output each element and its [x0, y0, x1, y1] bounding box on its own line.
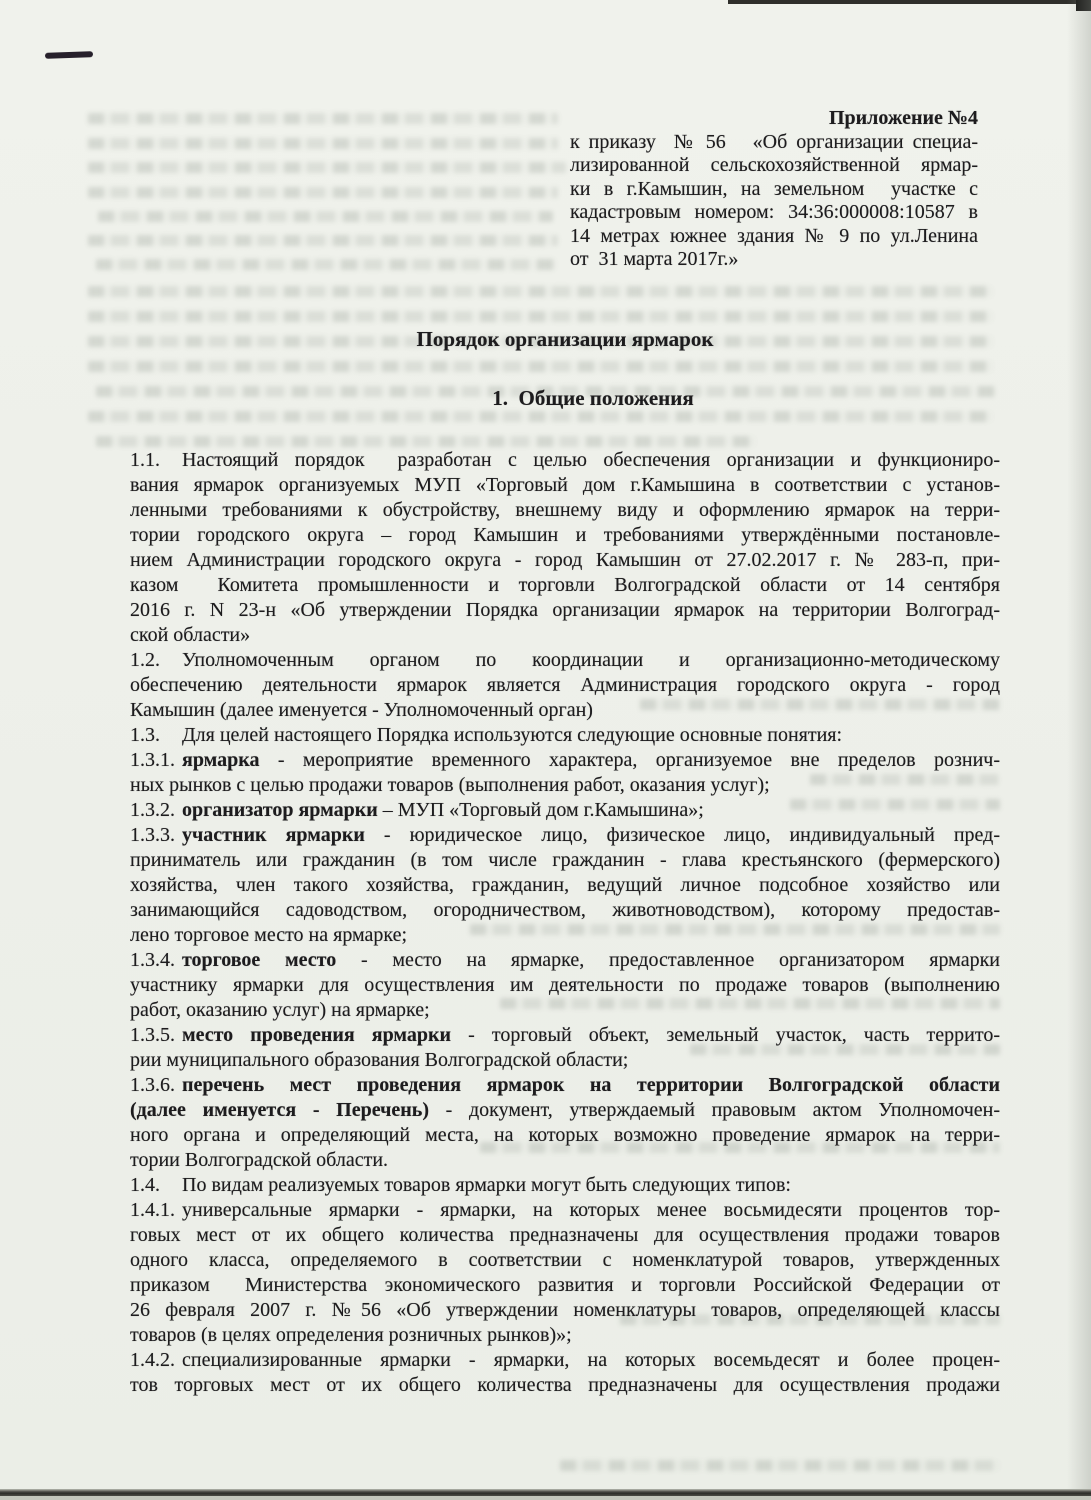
- paragraph-line: казом Комитета промышленности и торговли…: [130, 573, 1000, 598]
- paragraph-line: 1.3.6.перечень мест проведения ярмарок н…: [130, 1073, 1000, 1098]
- paragraph-line: 1.4.2.специализированные ярмарки - ярмар…: [130, 1348, 1000, 1373]
- scan-edge-top: [728, 0, 1091, 4]
- paragraph-line: занимающийся садоводством, огородничеств…: [130, 898, 1000, 923]
- paragraph-line: приниматель или гражданин (в том числе г…: [130, 848, 1000, 873]
- section-heading: 1. Общие положения: [130, 386, 1000, 411]
- paragraph-line: ской области»: [130, 623, 1000, 648]
- paragraph-line: 1.4.1.универсальные ярмарки - ярмарки, н…: [130, 1198, 1000, 1223]
- paragraph-line: хозяйства, член такого хозяйства, гражда…: [130, 873, 1000, 898]
- bleedthrough-artifact: [88, 162, 566, 173]
- bleedthrough-artifact: [88, 235, 558, 246]
- appendix-label: Приложение №4: [570, 107, 978, 131]
- bleedthrough-artifact: [88, 311, 993, 322]
- bleedthrough-artifact: [560, 1460, 1000, 1471]
- bleedthrough-artifact: [88, 411, 993, 422]
- paragraph-line: тории Волгоградской области.: [130, 1148, 1000, 1173]
- paragraph-number: 1.3.2.: [130, 798, 182, 823]
- paragraph-number: 1.4.: [130, 1173, 182, 1198]
- paragraph-line: 1.3.1.ярмарка - мероприятие временного х…: [130, 748, 1000, 773]
- bleedthrough-artifact: [88, 138, 558, 149]
- paragraph-number: 1.4.2.: [130, 1348, 182, 1373]
- section-heading-text: 1. Общие положения: [492, 386, 693, 410]
- paragraph-line: 1.3.4.торговое место - место на ярмарке,…: [130, 948, 1000, 973]
- paragraph-number: 1.4.1.: [130, 1198, 182, 1223]
- paragraph-line: 1.3.5.место проведения ярмарки - торговы…: [130, 1023, 1000, 1048]
- paragraph-line: участнику ярмарки для осуществления им д…: [130, 973, 1000, 998]
- paragraph-line: лено торговое место на ярмарке;: [130, 923, 1000, 948]
- paragraph-number: 1.3.6.: [130, 1073, 182, 1098]
- bleedthrough-artifact: [88, 113, 558, 124]
- paragraph-line: говых мест от их общего количества предн…: [130, 1223, 1000, 1248]
- paragraph-line: ных рынков с целью продажи товаров (выпо…: [130, 773, 1000, 798]
- paragraph-line: (далее именуется - Перечень) - документ,…: [130, 1098, 1000, 1123]
- paragraph-line: одного класса, определяемого в соответст…: [130, 1248, 1000, 1273]
- page-shadow-right: [1067, 0, 1091, 1500]
- document-title: Порядок организации ярмарок: [130, 327, 1000, 352]
- bleedthrough-artifact: [88, 361, 993, 372]
- appendix-line: 14 метрах южнее здания № 9 по ул.Ленина: [570, 225, 978, 249]
- paragraph-number: 1.3.: [130, 723, 182, 748]
- paragraph-line: 1.3.Для целей настоящего Порядка использ…: [130, 723, 1000, 748]
- paragraph-number: 1.3.4.: [130, 948, 182, 973]
- appendix-line: от 31 марта 2017г.»: [570, 248, 978, 272]
- paragraph-line: товаров (в целях определения розничных р…: [130, 1323, 1000, 1348]
- paragraph-number: 1.1.: [130, 448, 182, 473]
- appendix-note: Приложение №4 к приказу № 56 «Об организ…: [570, 107, 978, 272]
- paragraph-line: вания ярмарок организуемых МУП «Торговый…: [130, 473, 1000, 498]
- paragraph-line: рии муниципального образования Волгоград…: [130, 1048, 1000, 1073]
- paragraph-number: 1.3.1.: [130, 748, 182, 773]
- paragraph-line: 26 февраля 2007 г. №56 «Об утверждении н…: [130, 1298, 1000, 1323]
- paragraph-line: работ, оказанию услуг) на ярмарке;: [130, 998, 1000, 1023]
- paragraph-line: 2016 г. N 23-н «Об утверждении Порядка о…: [130, 598, 1000, 623]
- paragraph-line: 1.1.Настоящий порядок разработан с целью…: [130, 448, 1000, 473]
- paragraph-line: тов торговых мест от их общего количеств…: [130, 1373, 1000, 1398]
- appendix-lines: к приказу № 56 «Об организации специа-ли…: [570, 131, 978, 272]
- bleedthrough-artifact: [88, 286, 993, 297]
- appendix-line: кадастровым номером: 34:36:000008:10587 …: [570, 201, 978, 225]
- bleedthrough-artifact: [96, 259, 556, 270]
- paragraph-line: 1.3.3.участник ярмарки - юридическое лиц…: [130, 823, 1000, 848]
- appendix-line: лизированной сельскохозяйственной ярмар-: [570, 154, 978, 178]
- paragraph-line: 1.3.2.организатор ярмарки – МУП «Торговы…: [130, 798, 1000, 823]
- appendix-line: ки в г.Камышин, на земельном участке с: [570, 178, 978, 202]
- paragraph-line: ного органа и определяющий места, на кот…: [130, 1123, 1000, 1148]
- document-body: 1.1.Настоящий порядок разработан с целью…: [130, 448, 1000, 1398]
- bleedthrough-artifact: [96, 436, 756, 447]
- staple-mark: [45, 51, 93, 59]
- paragraph-line: Камышин (далее именуется - Уполномоченны…: [130, 698, 1000, 723]
- bleedthrough-artifact: [88, 187, 558, 198]
- bleedthrough-artifact: [98, 211, 553, 222]
- paragraph-line: приказом Министерства экономического раз…: [130, 1273, 1000, 1298]
- paragraph-line: 1.4.По видам реализуемых товаров ярмарки…: [130, 1173, 1000, 1198]
- paragraph-line: тории городского округа – город Камышин …: [130, 523, 1000, 548]
- paragraph-line: 1.2.Уполномоченным органом по координаци…: [130, 648, 1000, 673]
- paragraph-number: 1.3.3.: [130, 823, 182, 848]
- paragraph-number: 1.3.5.: [130, 1023, 182, 1048]
- paragraph-line: обеспечению деятельности ярмарок являетс…: [130, 673, 1000, 698]
- paragraph-line: ленными требованиями к обустройству, вне…: [130, 498, 1000, 523]
- paragraph-line: нием Администрации городского округа - г…: [130, 548, 1000, 573]
- scan-edge-bottom: [0, 1489, 1091, 1496]
- scan-edge-below: [0, 1496, 1091, 1500]
- paragraph-number: 1.2.: [130, 648, 182, 673]
- appendix-line: к приказу № 56 «Об организации специа-: [570, 131, 978, 155]
- scanned-document-page: Приложение №4 к приказу № 56 «Об организ…: [0, 0, 1091, 1500]
